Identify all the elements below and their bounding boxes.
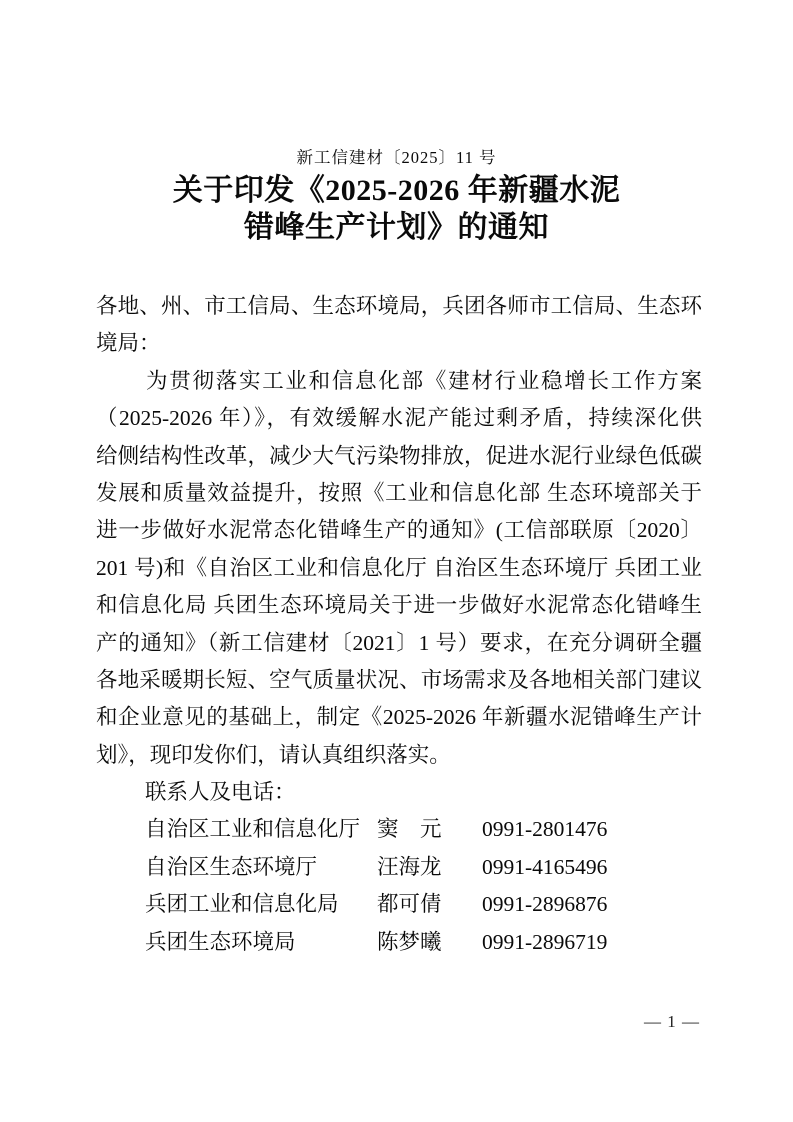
contact-phone: 0991-2896719 [482, 924, 702, 961]
contact-dept: 自治区工业和信息化厅 [145, 811, 377, 848]
body-line: 进一步做好水泥常态化错峰生产的通知》(工信部联原〔2020〕 [96, 512, 702, 549]
contact-phone: 0991-2896876 [482, 886, 702, 923]
contact-name: 都可倩 [377, 886, 482, 923]
contact-row: 自治区工业和信息化厅 窦 元 0991-2801476 [96, 811, 702, 848]
body-line: 各地采暖期长短、空气质量状况、市场需求及各地相关部门建议 [96, 662, 702, 699]
body-line: 境局： [96, 325, 702, 362]
body-line: 发展和质量效益提升，按照《工业和信息化部 生态环境部关于 [96, 475, 702, 512]
contact-name: 汪海龙 [377, 849, 482, 886]
body-line: 和企业意见的基础上，制定《2025-2026 年新疆水泥错峰生产计 [96, 699, 702, 736]
body-line: 各地、州、市工信局、生态环境局，兵团各师市工信局、生态环 [96, 288, 702, 325]
contact-row: 兵团生态环境局 陈梦曦 0991-2896719 [96, 924, 702, 961]
body-line: （2025-2026 年）》，有效缓解水泥产能过剩矛盾，持续深化供 [96, 400, 702, 437]
title-line-1: 关于印发《2025-2026 年新疆水泥 [0, 172, 793, 209]
contact-row: 兵团工业和信息化局 都可倩 0991-2896876 [96, 886, 702, 923]
page-number: — 1 — [644, 1010, 700, 1034]
contact-dept: 兵团工业和信息化局 [145, 886, 377, 923]
body-line: 给侧结构性改革，减少大气污染物排放，促进水泥行业绿色低碳 [96, 438, 702, 475]
body-line: 201 号)和《自治区工业和信息化厅 自治区生态环境厅 兵团工业 [96, 550, 702, 587]
body-line: 和信息化局 兵团生态环境局关于进一步做好水泥常态化错峰生 [96, 587, 702, 624]
contact-dept: 自治区生态环境厅 [145, 849, 377, 886]
document-page: 新工信建材〔2025〕11 号 关于印发《2025-2026 年新疆水泥 错峰生… [0, 0, 793, 1122]
contacts-heading: 联系人及电话： [96, 774, 702, 811]
contact-phone: 0991-4165496 [482, 849, 702, 886]
contact-phone: 0991-2801476 [482, 811, 702, 848]
contact-row: 自治区生态环境厅 汪海龙 0991-4165496 [96, 849, 702, 886]
notice-title: 关于印发《2025-2026 年新疆水泥 错峰生产计划》的通知 [0, 172, 793, 246]
notice-body: 各地、州、市工信局、生态环境局，兵团各师市工信局、生态环 境局： 为贯彻落实工业… [96, 288, 702, 961]
contact-dept: 兵团生态环境局 [145, 924, 377, 961]
title-line-2: 错峰生产计划》的通知 [0, 209, 793, 246]
contact-name: 窦 元 [377, 811, 482, 848]
contact-name: 陈梦曦 [377, 924, 482, 961]
doc-number: 新工信建材〔2025〕11 号 [0, 144, 793, 168]
body-line: 划》，现印发你们，请认真组织落实。 [96, 737, 702, 774]
body-line: 产的通知》（新工信建材〔2021〕1 号）要求，在充分调研全疆 [96, 625, 702, 662]
body-line: 为贯彻落实工业和信息化部《建材行业稳增长工作方案 [96, 363, 702, 400]
